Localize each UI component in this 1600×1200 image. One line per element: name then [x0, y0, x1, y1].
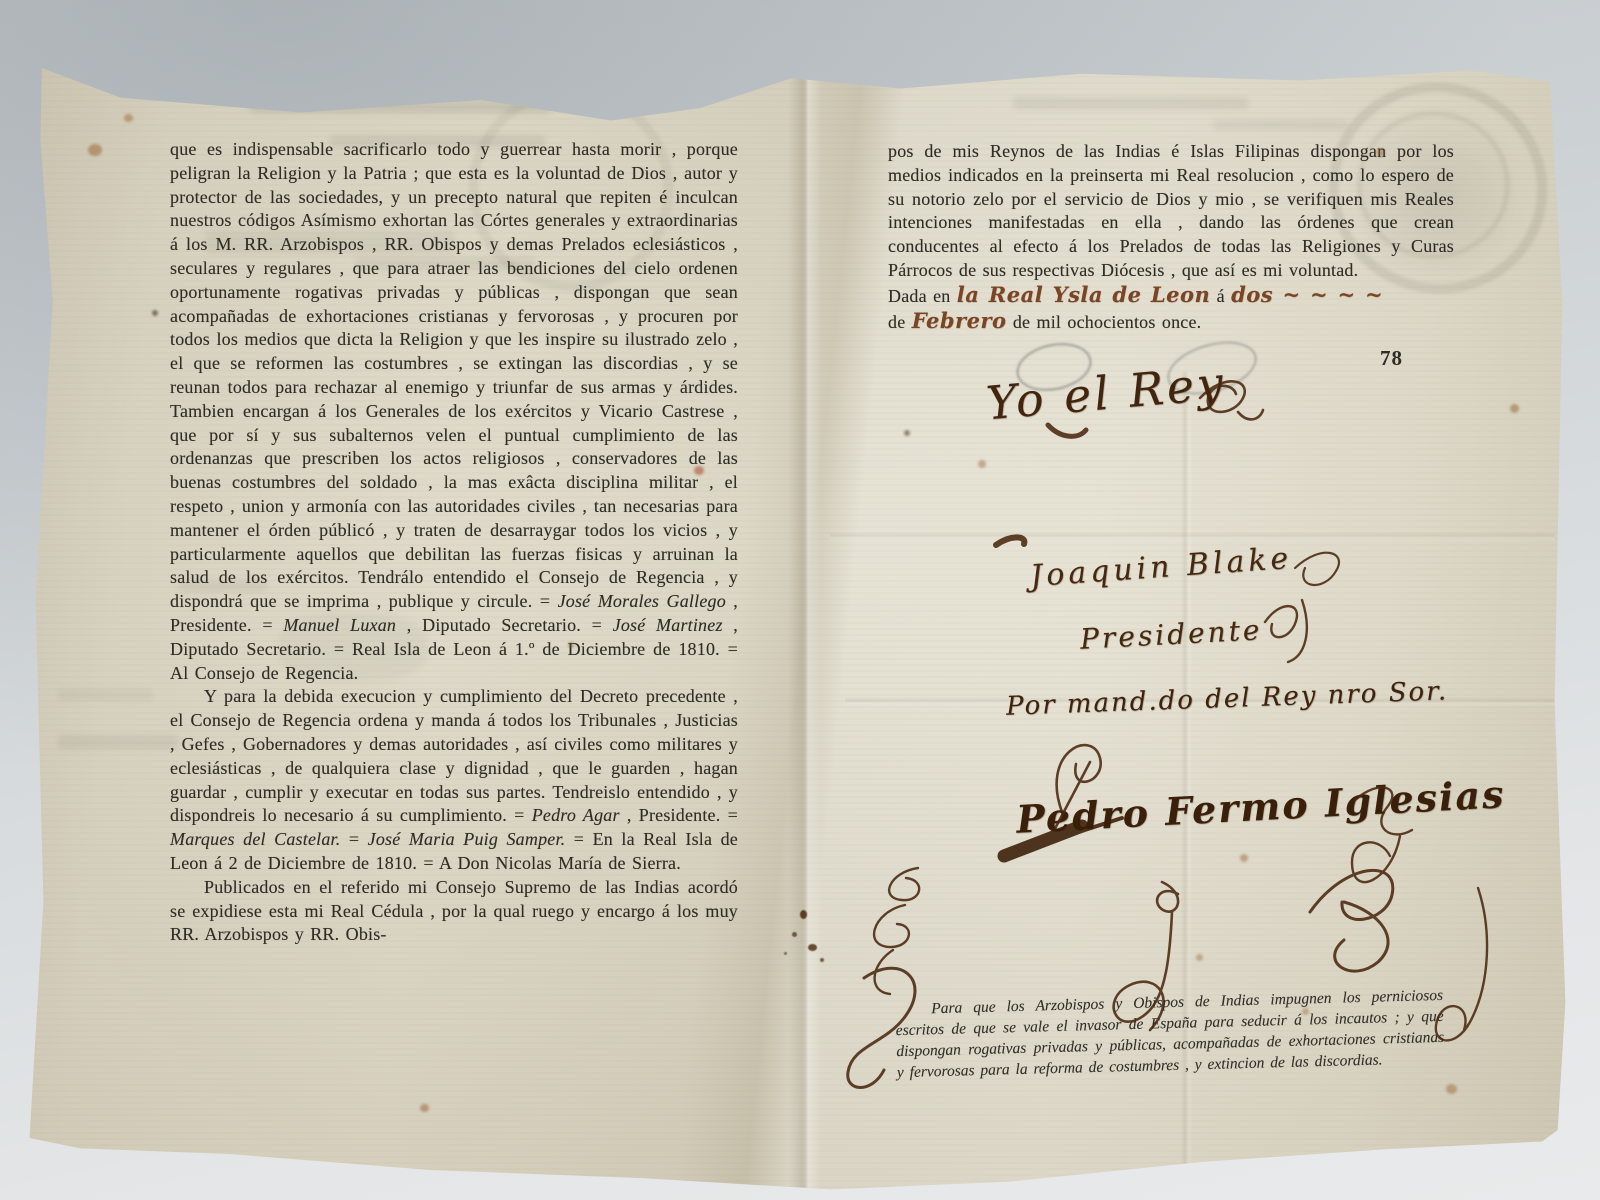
center-fold-crease	[788, 52, 822, 1194]
foxing-spot	[1446, 1084, 1457, 1094]
ink-dot	[904, 430, 910, 436]
printed-paragraph: Y para la debida execucion y cumplimient…	[170, 685, 738, 875]
signatory-name: José Maria Puig Samper.	[368, 829, 566, 849]
handwritten-day: dos	[1231, 282, 1273, 307]
signatory-name: José Morales Gallego	[558, 591, 726, 611]
foxing-spot	[1240, 854, 1248, 862]
signature-title-presidente: Presidente	[1079, 613, 1263, 656]
by-order-of-the-king-line: Por mand.do del Rey nro Sor.	[1006, 676, 1449, 721]
photo-backdrop: que es indispensable sacrificarlo todo y…	[0, 0, 1600, 1200]
ink-splatter	[784, 952, 787, 955]
signatory-name: José Martinez	[613, 615, 723, 635]
foxing-spot	[420, 1104, 429, 1112]
signature-joaquin-blake: Joaquin Blake	[1029, 541, 1293, 594]
body-text: de mil ochocientos once.	[1007, 312, 1202, 332]
printed-paragraph: Publicados en el referido mi Consejo Sup…	[170, 876, 738, 947]
body-text: =	[340, 829, 367, 849]
horizontal-crease	[830, 532, 1555, 542]
foxing-spot	[1376, 148, 1385, 157]
foxing-spot	[88, 144, 102, 156]
signatory-name: Pedro Agar	[532, 805, 620, 825]
ink-splatter	[800, 910, 807, 919]
foxing-spot	[568, 642, 574, 648]
foxing-spot	[124, 114, 133, 122]
body-text: Dada en	[888, 286, 957, 306]
ink-dot	[152, 310, 158, 316]
bleedthrough-text-ghost	[1013, 97, 1248, 109]
handwritten-place: la Real Ysla de Leon	[957, 282, 1210, 307]
body-text: á	[1210, 286, 1231, 306]
page-number: 78	[1380, 346, 1403, 371]
ink-splatter	[808, 944, 817, 951]
signature-pedro-fermo-iglesias: Pedro Fermo Iglesias	[1015, 771, 1506, 842]
document-sheet: que es indispensable sacrificarlo todo y…	[28, 52, 1570, 1194]
bleedthrough-text-ghost	[58, 735, 178, 749]
summary-note: Para que los Arzobispos y Obispos de Ind…	[895, 985, 1445, 1083]
ink-stamp-inner-ring	[1358, 112, 1509, 258]
signatory-name: Marques del Castelar.	[170, 829, 340, 849]
ink-splatter	[820, 958, 824, 962]
ink-stamp-faint-left	[470, 88, 672, 290]
foxing-spot	[1510, 404, 1519, 413]
body-text: , Presidente. =	[620, 805, 738, 825]
foxing-spot	[1196, 954, 1203, 961]
left-page-text-column: que es indispensable sacrificarlo todo y…	[170, 138, 738, 947]
bleedthrough-text-ghost	[1213, 120, 1348, 130]
handwritten-dashes: ~ ~ ~ ~	[1273, 282, 1383, 307]
handwritten-month: Febrero	[912, 308, 1007, 333]
foxing-spot	[978, 460, 986, 468]
foxing-spot	[694, 466, 704, 475]
body-text: Publicados en el referido mi Consejo Sup…	[170, 877, 738, 945]
signatory-name: Manuel Luxan	[283, 615, 396, 635]
foxing-spot	[1302, 1008, 1309, 1015]
ink-splatter	[792, 932, 797, 937]
bleedthrough-text-ghost	[58, 689, 153, 701]
body-text: , Diputado Secretario. =	[396, 615, 613, 635]
body-text: de	[888, 312, 912, 332]
